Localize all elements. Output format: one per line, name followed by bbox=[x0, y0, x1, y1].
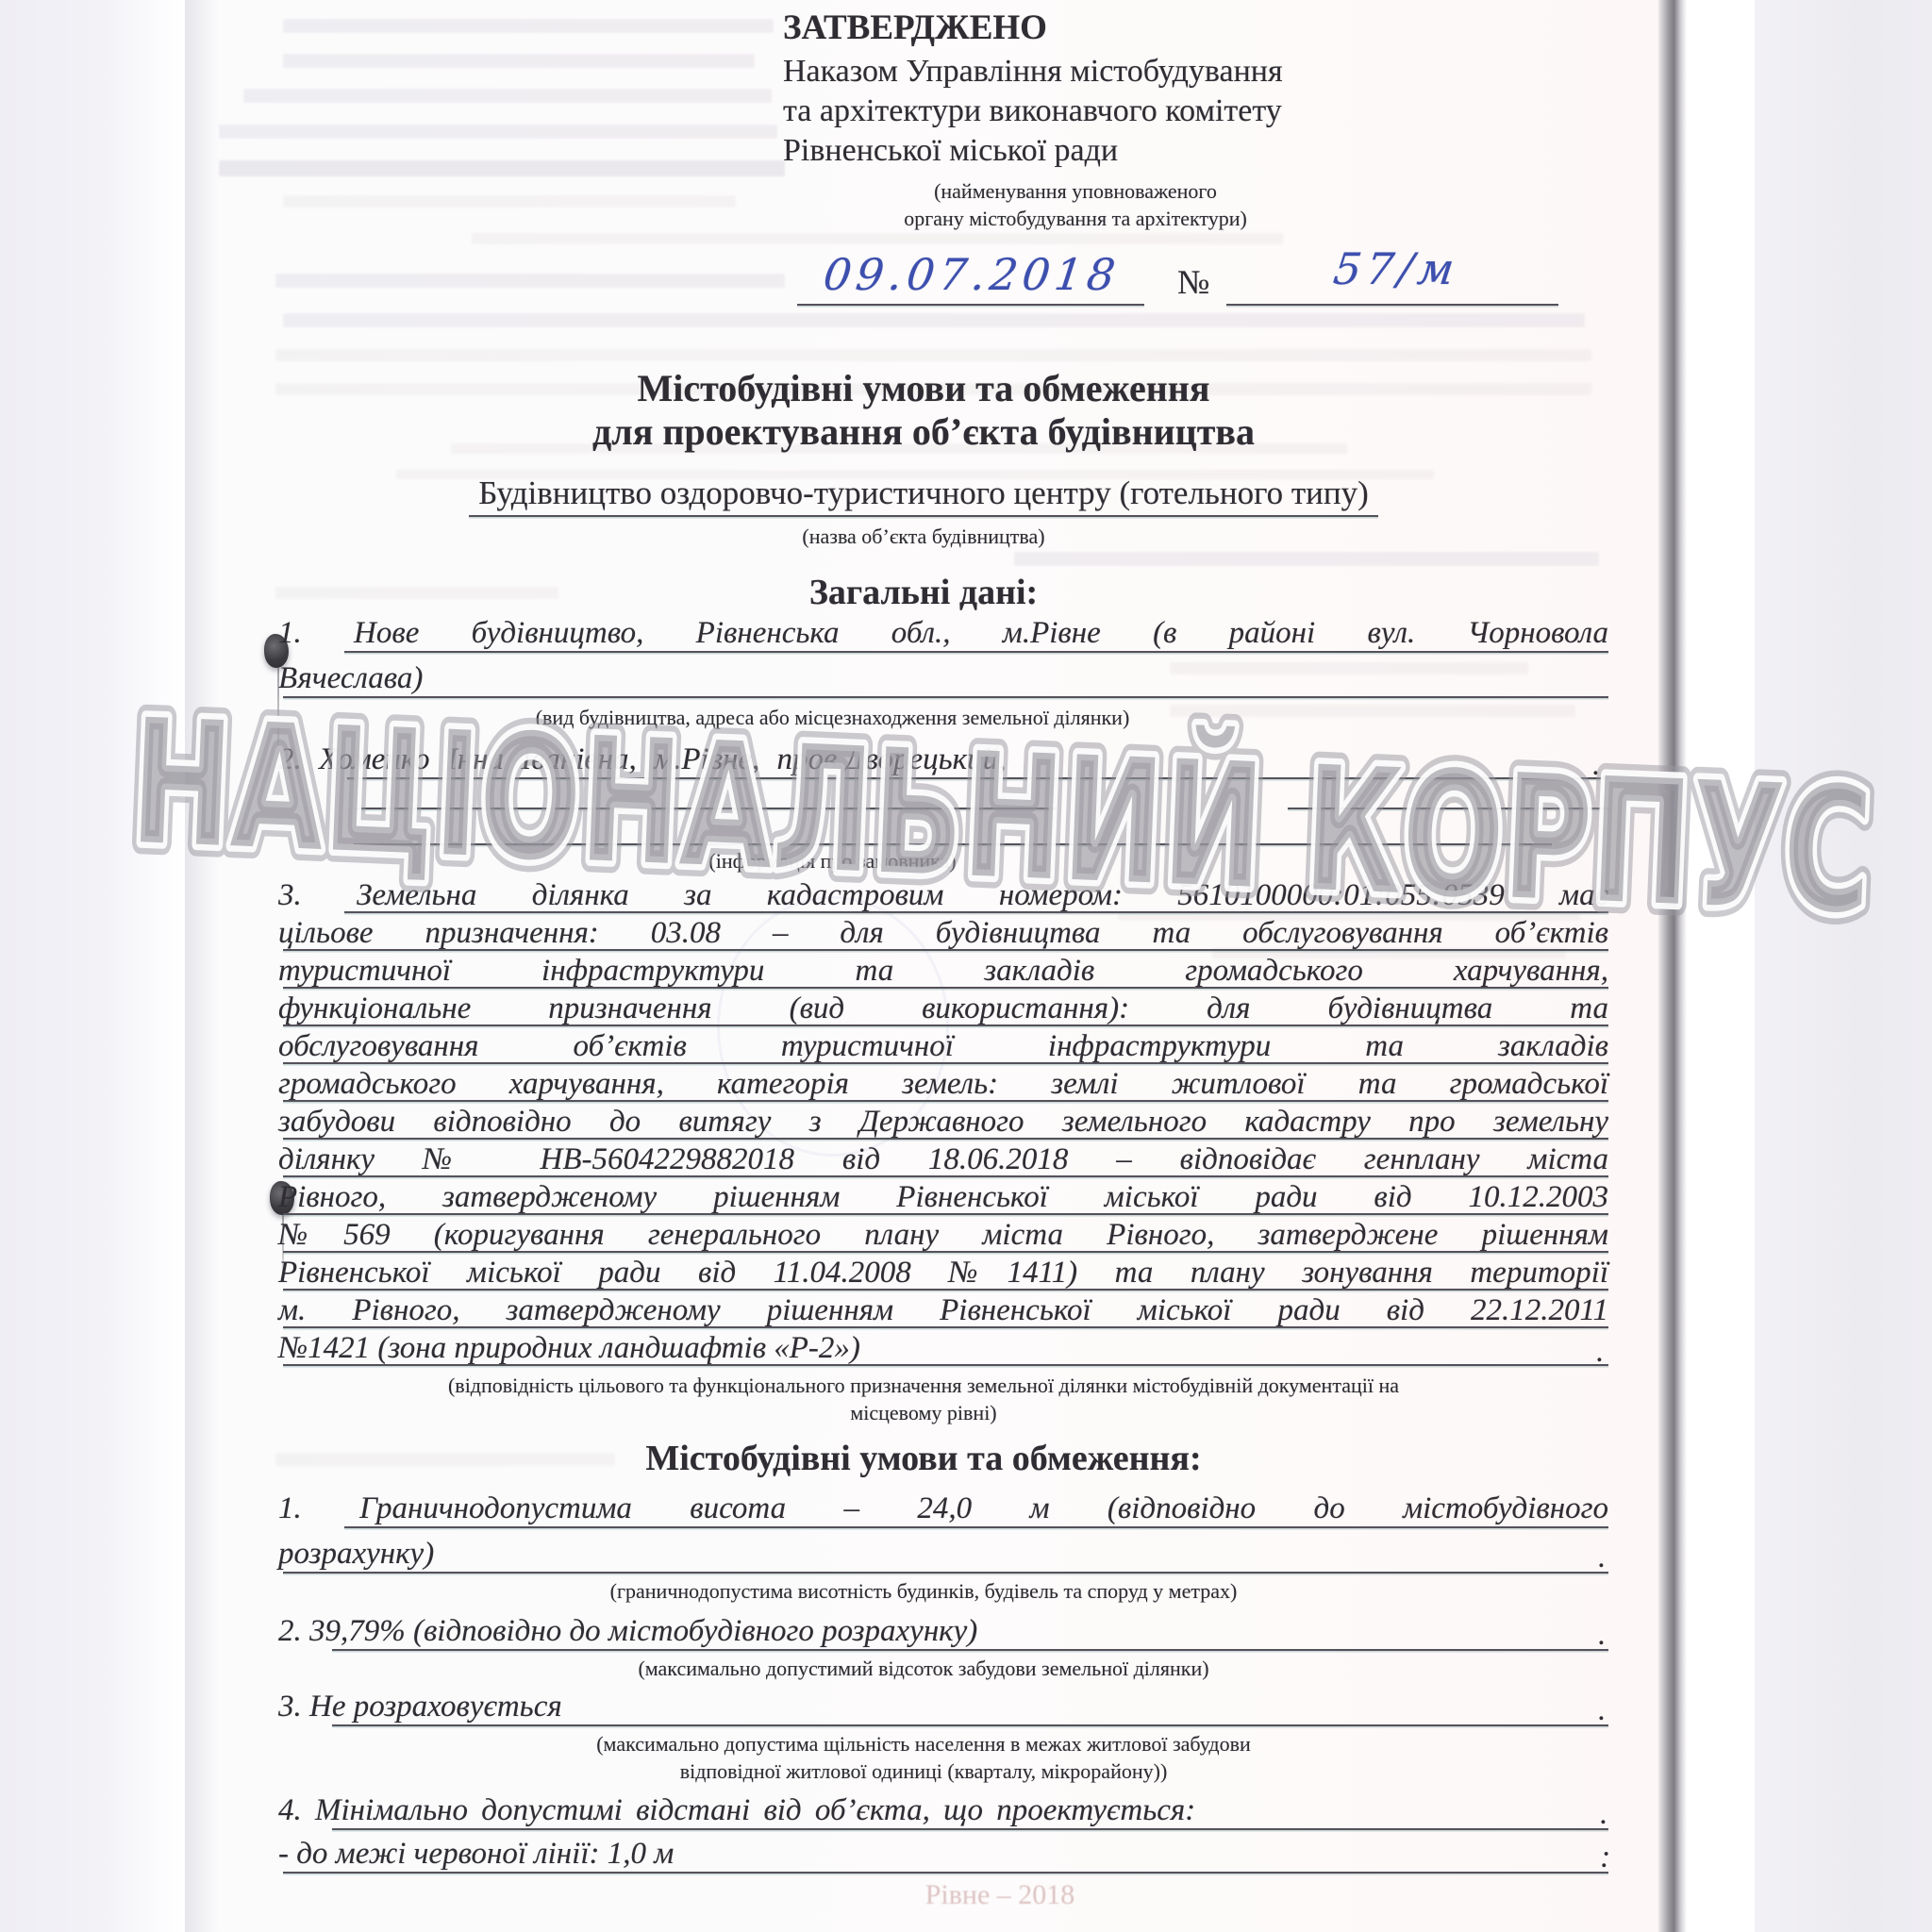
line-end-period: . bbox=[1598, 1692, 1607, 1728]
conditions-item3-line1: 3. Не розраховується bbox=[278, 1689, 1608, 1724]
bleed-line bbox=[219, 160, 785, 176]
scanned-document-page: ЗАТВЕРДЖЕНО Наказом Управління містобуду… bbox=[0, 0, 1932, 1932]
field-underline bbox=[283, 1024, 1608, 1026]
general-item3-line: м. Рівного, затвердженому рішенням Рівне… bbox=[278, 1292, 1608, 1328]
general-data-heading: Загальні дані: bbox=[185, 572, 1662, 613]
general-item3-line: Рівненської міської ради від 11.04.2008 … bbox=[278, 1255, 1608, 1291]
line-end-period: . bbox=[1596, 1334, 1605, 1370]
scan-left-margin bbox=[0, 0, 185, 1932]
conditions-item3-caption-line2: відповідної житлової одиниці (кварталу, … bbox=[185, 1759, 1662, 1784]
field-underline bbox=[283, 1289, 1608, 1291]
field-underline bbox=[283, 1326, 1608, 1328]
approval-authority-line2: та архітектури виконавчого комітету bbox=[783, 93, 1387, 129]
field-underline bbox=[283, 1100, 1608, 1102]
general-item3-line: №1421 (зона природних ландшафтів «Р-2») bbox=[278, 1330, 1608, 1366]
field-underline bbox=[283, 1138, 1608, 1140]
bleed-line bbox=[283, 19, 774, 33]
object-name-field: Будівництво оздоровчо-туристичного центр… bbox=[469, 475, 1378, 517]
conditions-item2-line1: 2. 39,79% (відповідно до містобудівного … bbox=[278, 1613, 1608, 1649]
general-item3-line: функціональне призначення (вид використа… bbox=[278, 991, 1608, 1026]
conditions-item4-line1: 4. Мінімально допустимі відстані від об’… bbox=[278, 1792, 1608, 1828]
bleed-line bbox=[472, 233, 1283, 244]
field-underline bbox=[283, 1572, 1608, 1574]
field-underline bbox=[344, 1526, 1608, 1528]
general-item3-line: громадського харчування, категорія земел… bbox=[278, 1066, 1608, 1102]
bleed-line bbox=[283, 54, 755, 68]
general-item3-line: Рівного, затвердженому рішенням Рівненсь… bbox=[278, 1179, 1608, 1215]
conditions-item1-line1: 1. Граничнодопустима висота – 24,0 м (ві… bbox=[278, 1491, 1608, 1526]
general-item3-line: обслуговування об’єктів туристичної інфр… bbox=[278, 1028, 1608, 1064]
approval-date-handwritten: 09.07.2018 bbox=[799, 249, 1145, 300]
field-underline bbox=[344, 651, 1608, 653]
field-underline bbox=[283, 987, 1608, 989]
footer-bleed-text: Рівне – 2018 bbox=[830, 1879, 1170, 1911]
bleed-line bbox=[283, 195, 736, 208]
conditions-item4-line2: - до межі червоної лінії: 1,0 м bbox=[278, 1836, 1608, 1872]
field-underline bbox=[283, 1175, 1608, 1177]
field-underline bbox=[283, 1213, 1608, 1215]
line-end-period: . bbox=[1598, 1540, 1607, 1575]
date-underline bbox=[797, 304, 1144, 306]
line-end-colon: : bbox=[1600, 1840, 1610, 1875]
conditions-heading: Містобудівні умови та обмеження: bbox=[185, 1438, 1662, 1479]
conditions-item2-caption: (максимально допустимий відсоток забудов… bbox=[185, 1657, 1662, 1681]
approval-authority-line3: Рівненської міської ради bbox=[783, 133, 1387, 169]
conditions-item3-caption-line1: (максимально допустима щільність населен… bbox=[185, 1732, 1662, 1757]
bleed-line bbox=[1014, 552, 1599, 566]
paper-left-shadow bbox=[185, 0, 219, 1932]
object-name-caption: (назва об’єкта будівництва) bbox=[185, 525, 1662, 549]
bleed-line bbox=[243, 89, 772, 103]
number-underline bbox=[1226, 304, 1558, 306]
bleed-line bbox=[275, 274, 785, 288]
line-end-period: . bbox=[1598, 1617, 1607, 1653]
field-underline bbox=[283, 1872, 1608, 1874]
conditions-item1-line2: розрахунку) bbox=[278, 1536, 1608, 1572]
general-item3-caption-line2: місцевому рівні) bbox=[185, 1401, 1662, 1425]
general-item3-caption-line1: (відповідність цільового та функціональн… bbox=[185, 1374, 1662, 1398]
approved-label: ЗАТВЕРДЖЕНО bbox=[783, 8, 1368, 48]
field-underline bbox=[283, 1364, 1608, 1366]
approval-number-handwritten: 57/м bbox=[1233, 243, 1560, 294]
document-title-line1: Містобудівні умови та обмеження bbox=[185, 366, 1662, 410]
bleed-line bbox=[219, 125, 777, 139]
document-title-line2: для проектування об’єкта будівництва bbox=[185, 409, 1662, 454]
approval-authority-line1: Наказом Управління містобудування bbox=[783, 54, 1387, 90]
general-item3-line: забудови відповідно до витягу з Державно… bbox=[278, 1104, 1608, 1140]
field-underline bbox=[332, 1828, 1608, 1830]
bleed-line bbox=[275, 349, 1591, 361]
bleed-line bbox=[283, 313, 1585, 327]
conditions-item1-caption: (граничнодопустима висотність будинків, … bbox=[185, 1579, 1662, 1604]
general-item3-line: №569 (коригування генерального плану міс… bbox=[278, 1217, 1608, 1253]
general-item3-line: ділянку № НВ-5604229882018 від 18.06.201… bbox=[278, 1141, 1608, 1177]
field-underline bbox=[283, 1062, 1608, 1064]
watermark-fill: НАЦІОНАЛЬНИЙ КОРПУС bbox=[128, 682, 1875, 952]
general-item1-line1: 1. Нове будівництво, Рівненська обл., м.… bbox=[278, 615, 1608, 651]
field-underline bbox=[283, 1251, 1608, 1253]
field-underline bbox=[332, 1649, 1608, 1651]
line-end-period: . bbox=[1600, 1796, 1608, 1832]
approval-caption-line2: органу містобудування та архітектури) bbox=[811, 207, 1340, 231]
field-underline bbox=[332, 1724, 1608, 1726]
approval-caption-line1: (найменування уповноваженого bbox=[811, 179, 1340, 204]
number-sign: № bbox=[1177, 262, 1209, 302]
